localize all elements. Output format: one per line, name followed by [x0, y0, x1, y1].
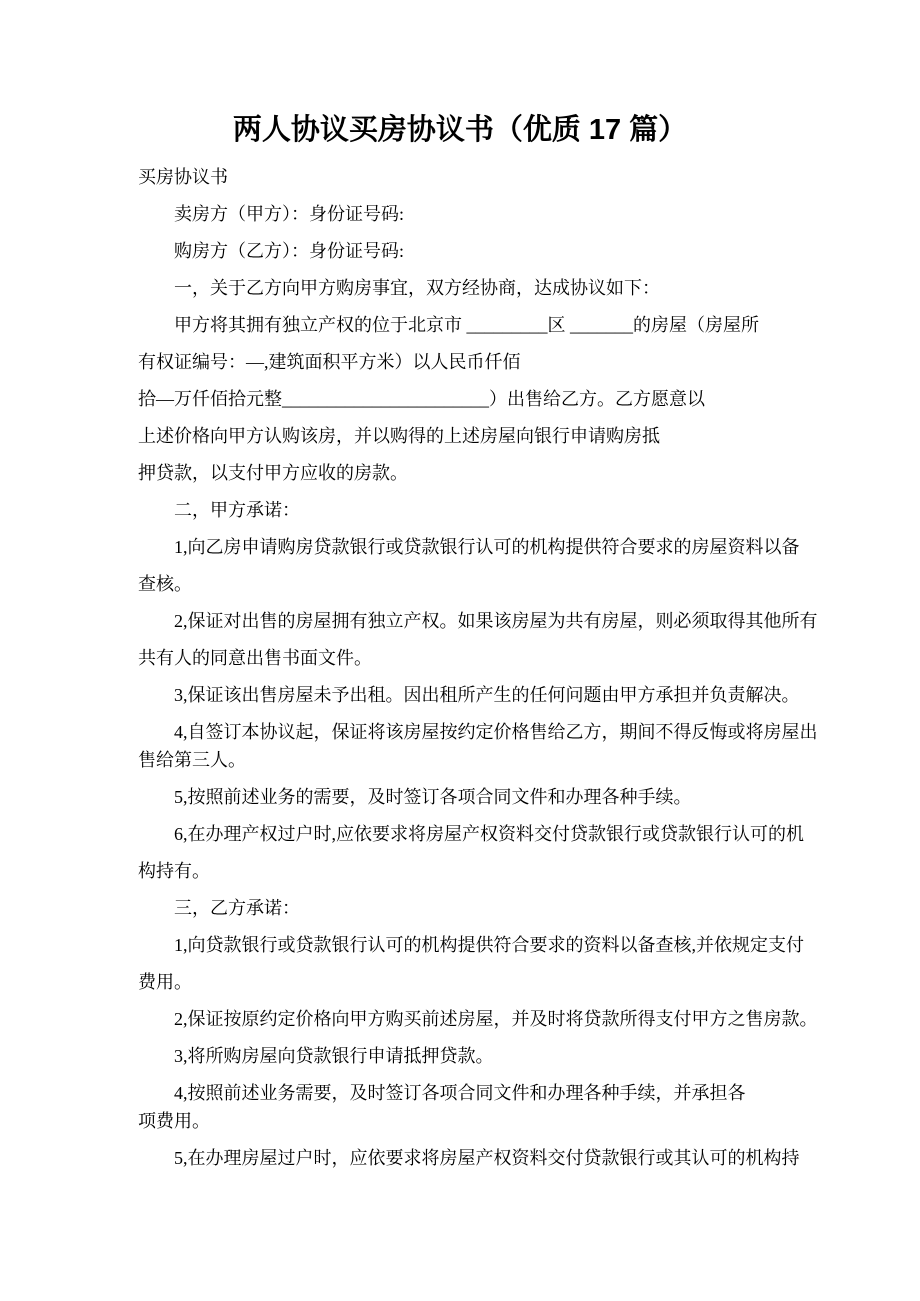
document-line: 购房方（乙方）：身份证号码:: [138, 233, 920, 270]
document-line: 6,在办理产权过户时,应依要求将房屋产权资料交付贷款银行或贷款银行认可的机: [138, 816, 920, 853]
document-line: 三，乙方承诺：: [138, 890, 920, 927]
document-line: 5,按照前述业务的需要，及时签订各项合同文件和办理各种手续。: [138, 779, 920, 816]
document-line: 2,保证按原约定价格向甲方购买前述房屋，并及时将贷款所得支付甲方之售房款。: [138, 1001, 920, 1038]
document-line: 1,向贷款银行或贷款银行认可的机构提供符合要求的资料以备查核,并依规定支付: [138, 927, 920, 964]
document-line: 查核。: [138, 566, 920, 603]
document-line: 二，甲方承诺：: [138, 492, 920, 529]
document-line: 甲方将其拥有独立产权的位于北京市 _________区 _______的房屋（房…: [138, 307, 920, 344]
document-line: 3,将所购房屋向贷款银行申请抵押贷款。: [138, 1038, 920, 1075]
document-line: 卖房方（甲方）：身份证号码:: [138, 196, 920, 233]
document-line: 拾—万仟佰拾元整_______________________）出售给乙方。乙方…: [138, 381, 920, 418]
document-line: 费用。: [138, 964, 920, 1001]
document-line: 有权证编号：—,建筑面积平方米）以人民币仟佰: [138, 344, 920, 381]
document-page: 两人协议买房协议书（优质 17 篇） 买房协议书卖房方（甲方）：身份证号码:购房…: [0, 0, 920, 1301]
document-body: 买房协议书卖房方（甲方）：身份证号码:购房方（乙方）：身份证号码:一，关于乙方向…: [0, 159, 920, 1177]
document-line: 1,向乙房申请购房贷款银行或贷款银行认可的机构提供符合要求的房屋资料以备: [138, 529, 920, 566]
document-line: 一，关于乙方向甲方购房事宜，双方经协商，达成协议如下：: [138, 270, 920, 307]
document-line: 2,保证对出售的房屋拥有独立产权。如果该房屋为共有房屋，则必须取得其他所有: [138, 603, 920, 640]
document-line: 押贷款，以支付甲方应收的房款。: [138, 455, 920, 492]
document-line: 4,自签订本协议起，保证将该房屋按约定价格售给乙方，期间不得反悔或将房屋出: [138, 714, 920, 751]
document-line: 共有人的同意出售书面文件。: [138, 640, 920, 677]
document-line: 构持有。: [138, 853, 920, 890]
document-title: 两人协议买房协议书（优质 17 篇）: [0, 0, 920, 148]
document-line: 3,保证该出售房屋未予出租。因出租所产生的任何问题由甲方承担并负责解决。: [138, 677, 920, 714]
document-line: 买房协议书: [138, 159, 920, 196]
document-line: 5,在办理房屋过户时，应依要求将房屋产权资料交付贷款银行或其认可的机构持: [138, 1140, 920, 1177]
document-line: 上述价格向甲方认购该房，并以购得的上述房屋向银行申请购房抵: [138, 418, 920, 455]
